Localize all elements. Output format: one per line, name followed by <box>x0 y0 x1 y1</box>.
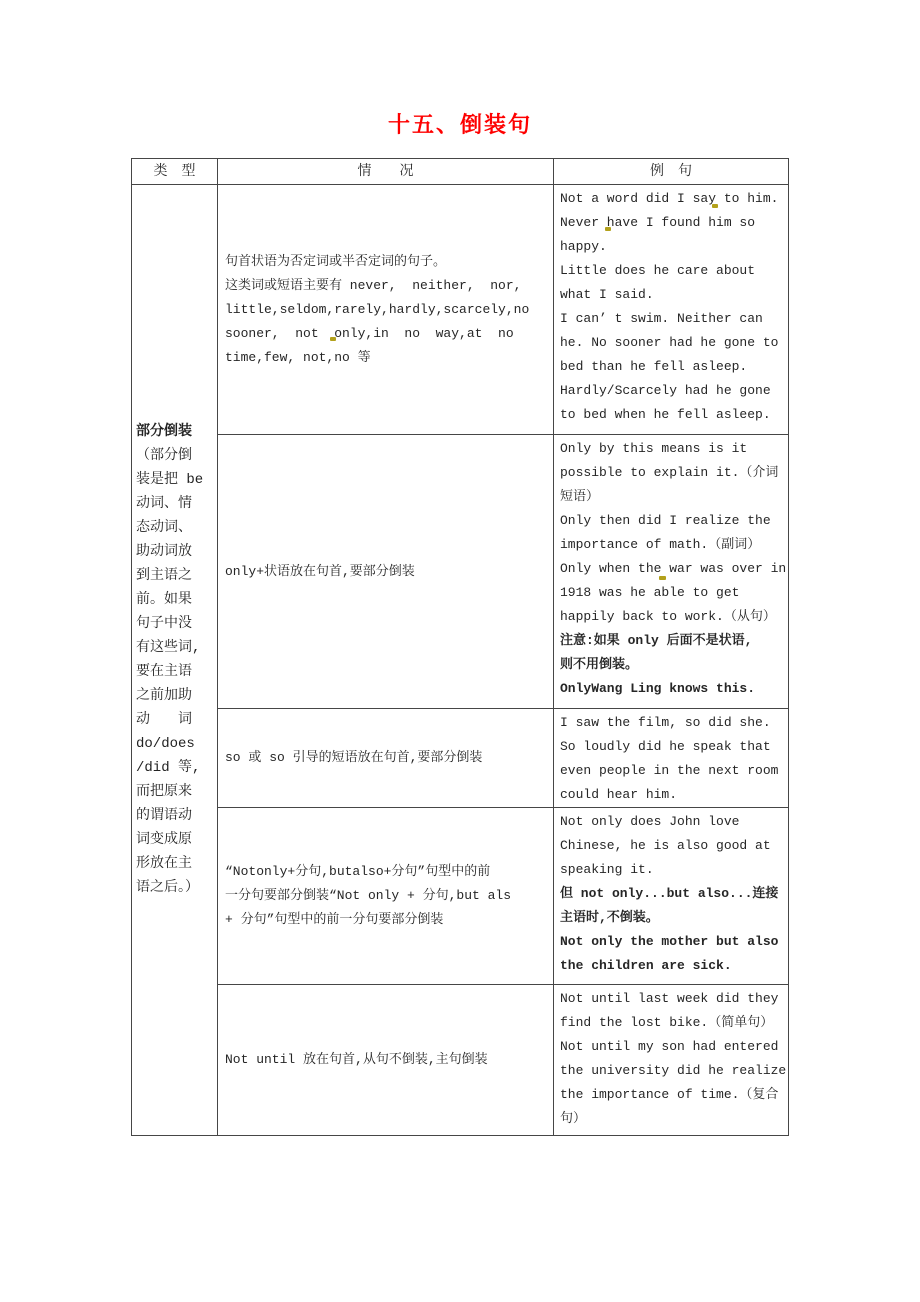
example-cell-2: Only by this means is it possible to exp… <box>554 435 789 709</box>
example-cell-5: Not until last week did they find the lo… <box>554 985 789 1136</box>
example-note-bold: 注意:如果 only 后面不是状语, 则不用倒装。 OnlyWang Ling … <box>560 633 755 696</box>
situation-cell-5: Not until 放在句首,从句不倒装,主句倒装 <box>218 985 554 1136</box>
example-text: Not only does John love Chinese, he is a… <box>560 814 771 877</box>
example-text: Only by this means is it possible to exp… <box>560 441 786 624</box>
header-situation: 情 况 <box>218 159 554 185</box>
situation-cell-4: “Notonly+分句,butalso+分句”句型中的前 一分句要部分倒装“No… <box>218 808 554 985</box>
document-page: 十五、倒装句 类 型 情 况 例 句 部分倒装 （部分倒 装是把 be 动词、情… <box>0 0 920 1302</box>
example-text: I saw the film, so did she. So loudly di… <box>560 715 778 802</box>
header-row: 类 型 情 况 例 句 <box>132 159 789 185</box>
situation-cell-3: so 或 so 引导的短语放在句首,要部分倒装 <box>218 709 554 808</box>
grammar-table: 类 型 情 况 例 句 部分倒装 （部分倒 装是把 be 动词、情 态动词、 助… <box>131 158 789 1136</box>
example-cell-4: Not only does John love Chinese, he is a… <box>554 808 789 985</box>
example-cell-3: I saw the film, so did she. So loudly di… <box>554 709 789 808</box>
situation-cell-2: only+状语放在句首,要部分倒装 <box>218 435 554 709</box>
example-text: Not a word did I say to him. Never have … <box>560 191 778 422</box>
type-cell-description: （部分倒 装是把 be 动词、情 态动词、 助动词放 到主语之 前。如果 句子中… <box>136 448 203 896</box>
situation-cell-1: 句首状语为否定词或半否定词的句子。 这类词或短语主要有 never, neith… <box>218 185 554 435</box>
document-title: 十五、倒装句 <box>0 112 920 142</box>
table-row: Not until 放在句首,从句不倒装,主句倒装 Not until last… <box>132 985 789 1136</box>
header-type: 类 型 <box>132 159 218 185</box>
table-row: 部分倒装 （部分倒 装是把 be 动词、情 态动词、 助动词放 到主语之 前。如… <box>132 185 789 435</box>
table-row: so 或 so 引导的短语放在句首,要部分倒装 I saw the film, … <box>132 709 789 808</box>
example-note-bold: 但 not only...but also...连接 主语时,不倒装。 Not … <box>560 886 778 973</box>
type-cell: 部分倒装 （部分倒 装是把 be 动词、情 态动词、 助动词放 到主语之 前。如… <box>132 185 218 1136</box>
table-row: only+状语放在句首,要部分倒装 Only by this means is … <box>132 435 789 709</box>
table-row: “Notonly+分句,butalso+分句”句型中的前 一分句要部分倒装“No… <box>132 808 789 985</box>
type-cell-heading: 部分倒装 <box>136 424 192 440</box>
header-example: 例 句 <box>554 159 789 185</box>
example-cell-1: Not a word did I say to him. Never have … <box>554 185 789 435</box>
example-text: Not until last week did they find the lo… <box>560 991 786 1126</box>
